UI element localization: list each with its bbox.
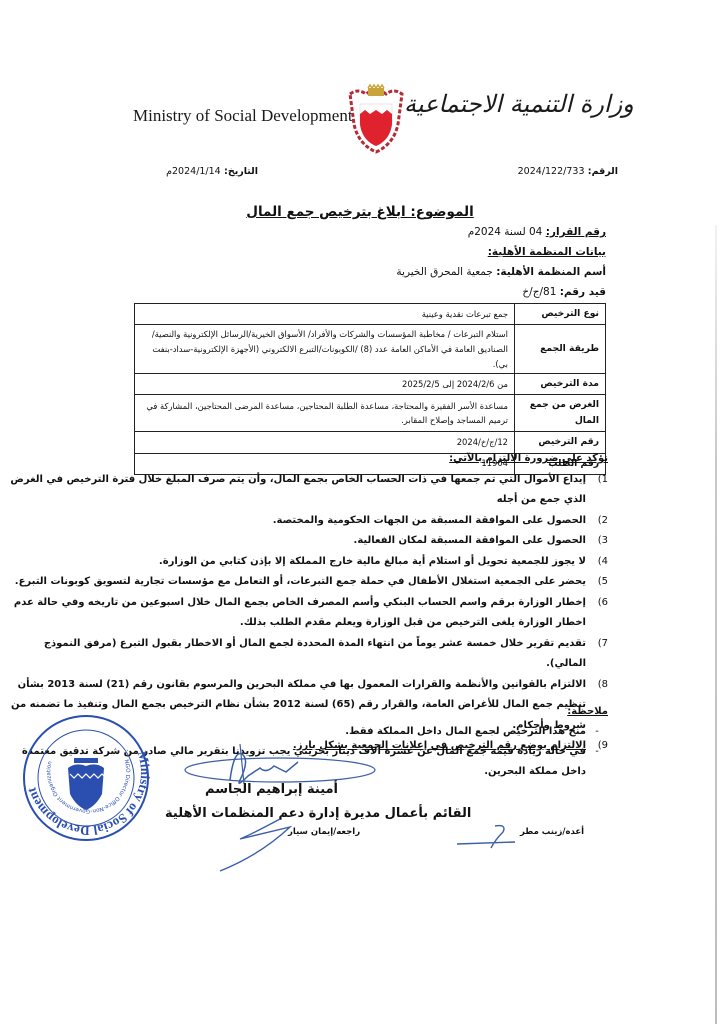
row-label: نوع الترخيص [515, 304, 606, 325]
item-text: إيداع الأموال التي تم جمعها في ذات الحسا… [8, 470, 586, 511]
subject-heading: الموضوع: ابلاغ بترخيص جمع المال [120, 204, 600, 220]
table-row: الغرض من جمع المال مساعدة الأسر الفقيرة … [135, 395, 606, 432]
list-item: 5)يحضر على الجمعية استغلال الأطفال في حم… [8, 572, 608, 593]
row-value: من 2024/2/6 إلى 2025/2/5 [135, 374, 515, 395]
org-name: أسم المنظمة الأهلية: جمعية المحرق الخيري… [396, 266, 606, 278]
date-label: التاريخ: [224, 166, 258, 177]
org-name-value: جمعية المحرق الخيرية [396, 266, 492, 278]
bullet-dash: - [586, 742, 608, 782]
org-name-label: أسم المنظمة الأهلية: [496, 266, 606, 278]
row-label: الغرض من جمع المال [515, 395, 606, 432]
item-text: تقديم تقرير خلال خمسة عشر يوماً من انتها… [8, 634, 586, 675]
item-number: 7) [586, 634, 608, 675]
official-stamp: Ministry of Social Development NGO Direc… [20, 712, 152, 844]
item-text: لا يجوز للجمعية تحويل أو استلام أية مبال… [8, 552, 586, 573]
registration-number: قيد رقم: 81/ج/خ [522, 286, 606, 298]
list-item: 2)الحصول على الموافقة المسبقة من الجهات … [8, 511, 608, 532]
registration-label: قيد رقم: [560, 286, 606, 298]
table-row: طريقة الجمع استلام التبرعات / مخاطبة الم… [135, 325, 606, 374]
item-number: 4) [586, 552, 608, 573]
reviewer-initials [210, 815, 300, 875]
preparer-initials [455, 822, 525, 852]
org-data-heading-text: بيانات المنظمة الأهلية: [488, 246, 606, 258]
reference-number: الرقم: 2024/122/733 [518, 166, 618, 177]
ministry-name-english: Ministry of Social Development [133, 106, 353, 126]
item-number: 5) [586, 572, 608, 593]
letter-date: التاريخ: 2024/1/14م [166, 166, 258, 177]
item-text: الحصول على الموافقة المسبقة من الجهات ال… [8, 511, 586, 532]
row-label: مدة الترخيص [515, 374, 606, 395]
item-number: 3) [586, 531, 608, 552]
row-value: مساعدة الأسر الفقيرة والمحتاجة، مساعدة ا… [135, 395, 515, 432]
item-text: يحضر على الجمعية استغلال الأطفال في حملة… [8, 572, 586, 593]
row-value: استلام التبرعات / مخاطبة المؤسسات والشرك… [135, 325, 515, 374]
reference-value: 2024/122/733 [518, 166, 585, 177]
item-text: الحصول على الموافقة المسبقة لمكان الفعال… [8, 531, 586, 552]
table-row: مدة الترخيص من 2024/2/6 إلى 2025/2/5 [135, 374, 606, 395]
list-item: 6)إخطار الوزارة برقم واسم الحساب البنكي … [8, 593, 608, 634]
page-edge-shadow [715, 225, 717, 1024]
list-item: 1)إيداع الأموال التي تم جمعها في ذات الح… [8, 470, 608, 511]
row-label: طريقة الجمع [515, 325, 606, 374]
subject-text: الموضوع: ابلاغ بترخيص جمع المال [246, 204, 473, 220]
signatory-name: أمينة إبراهيم الجاسم [205, 782, 338, 797]
bahrain-coat-of-arms-icon [348, 84, 404, 154]
list-item: 7)تقديم تقرير خلال خمسة عشر يوماً من انت… [8, 634, 608, 675]
item-number: 1) [586, 470, 608, 511]
prepared-by: أعده/زينب مطر [520, 827, 584, 837]
date-value: 2024/1/14م [166, 166, 221, 177]
list-item: 4)لا يجوز للجمعية تحويل أو استلام أية مب… [8, 552, 608, 573]
note-text: منح هذا الترخيص لجمع المال داخل المملكة … [345, 722, 586, 742]
obligations-heading: نؤكد على ضرورة الالتزام بالآتي: [8, 449, 608, 470]
org-data-heading: بيانات المنظمة الأهلية: [488, 246, 606, 258]
registration-value: 81/ج/خ [522, 286, 556, 298]
reference-label: الرقم: [588, 166, 618, 177]
row-value: جمع تبرعات نقدية وعينية [135, 304, 515, 325]
decision-number: رقم القرار: 04 لسنة 2024م [468, 226, 606, 238]
item-text: إخطار الوزارة برقم واسم الحساب البنكي وأ… [8, 593, 586, 634]
item-number: 6) [586, 593, 608, 634]
decision-value: 04 لسنة 2024م [468, 226, 543, 238]
item-number: 2) [586, 511, 608, 532]
table-row: نوع الترخيص جمع تبرعات نقدية وعينية [135, 304, 606, 325]
decision-label: رقم القرار: [546, 226, 606, 238]
list-item: 3)الحصول على الموافقة المسبقة لمكان الفع… [8, 531, 608, 552]
ministry-name-arabic: وزارة التنمية الاجتماعية [404, 90, 604, 118]
bullet-dash: - [586, 722, 608, 742]
